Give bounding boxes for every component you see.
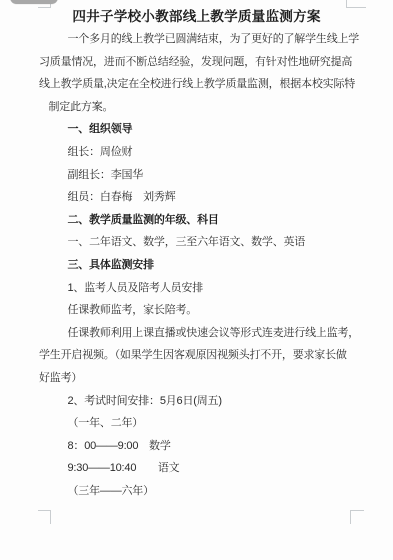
text-line: 习质量情况，进而不断总结经验，发现问题，有针对性地研究提高: [0, 51, 393, 74]
text-line: 9:30——10:40 语文: [0, 457, 393, 480]
text-line: 组员：白春梅 刘秀辉: [0, 186, 393, 209]
text-line: 线上教学质量,决定在全校进行线上教学质量监测，根据本校实际特: [0, 73, 393, 96]
text-line: 一个多月的线上教学已圆满结束，为了更好的了解学生线上学: [0, 28, 393, 51]
text-line: 好监考）: [0, 367, 393, 390]
text-line: （一年、二年）: [0, 412, 393, 435]
text-line: 2、考试时间安排：5月6日(周五): [0, 390, 393, 413]
document-page: 四井子学校小教部线上教学质量监测方案 一个多月的线上教学已圆满结束，为了更好的了…: [0, 0, 393, 560]
text-line: 组长：周俭财: [0, 141, 393, 164]
page-indicator-bubble: [10, 0, 59, 4]
text-line: 三、具体监测安排: [0, 254, 393, 277]
margin-corner-mark-bottom-right: [350, 510, 365, 524]
margin-corner-mark-bottom-left: [38, 510, 51, 524]
text-line: （三年——六年）: [0, 480, 393, 503]
document-text: 四井子学校小教部线上教学质量监测方案 一个多月的线上教学已圆满结束，为了更好的了…: [0, 6, 393, 503]
text-line: 1、监考人员及陪考人员安排: [0, 277, 393, 300]
text-line: 二、教学质量监测的年级、科目: [0, 209, 393, 232]
text-line: 任课教师利用上课直播或快速会议等形式连麦进行线上监考，: [0, 322, 393, 345]
text-line: 副组长：李国华: [0, 164, 393, 187]
text-line: 任课教师监考，家长陪考。: [0, 299, 393, 322]
text-line: 制定此方案。: [0, 96, 393, 119]
text-line: 一、组织领导: [0, 118, 393, 141]
page-title: 四井子学校小教部线上教学质量监测方案: [0, 6, 393, 29]
document-body: 一个多月的线上教学已圆满结束，为了更好的了解学生线上学习质量情况，进而不断总结经…: [0, 28, 393, 502]
text-line: 一、二年语文、数学，三至六年语文、数学、英语: [0, 231, 393, 254]
text-line: 学生开启视频。（如果学生因客观原因视频头打不开，要求家长做: [0, 344, 393, 367]
text-line: 8：00——9:00 数学: [0, 435, 393, 458]
